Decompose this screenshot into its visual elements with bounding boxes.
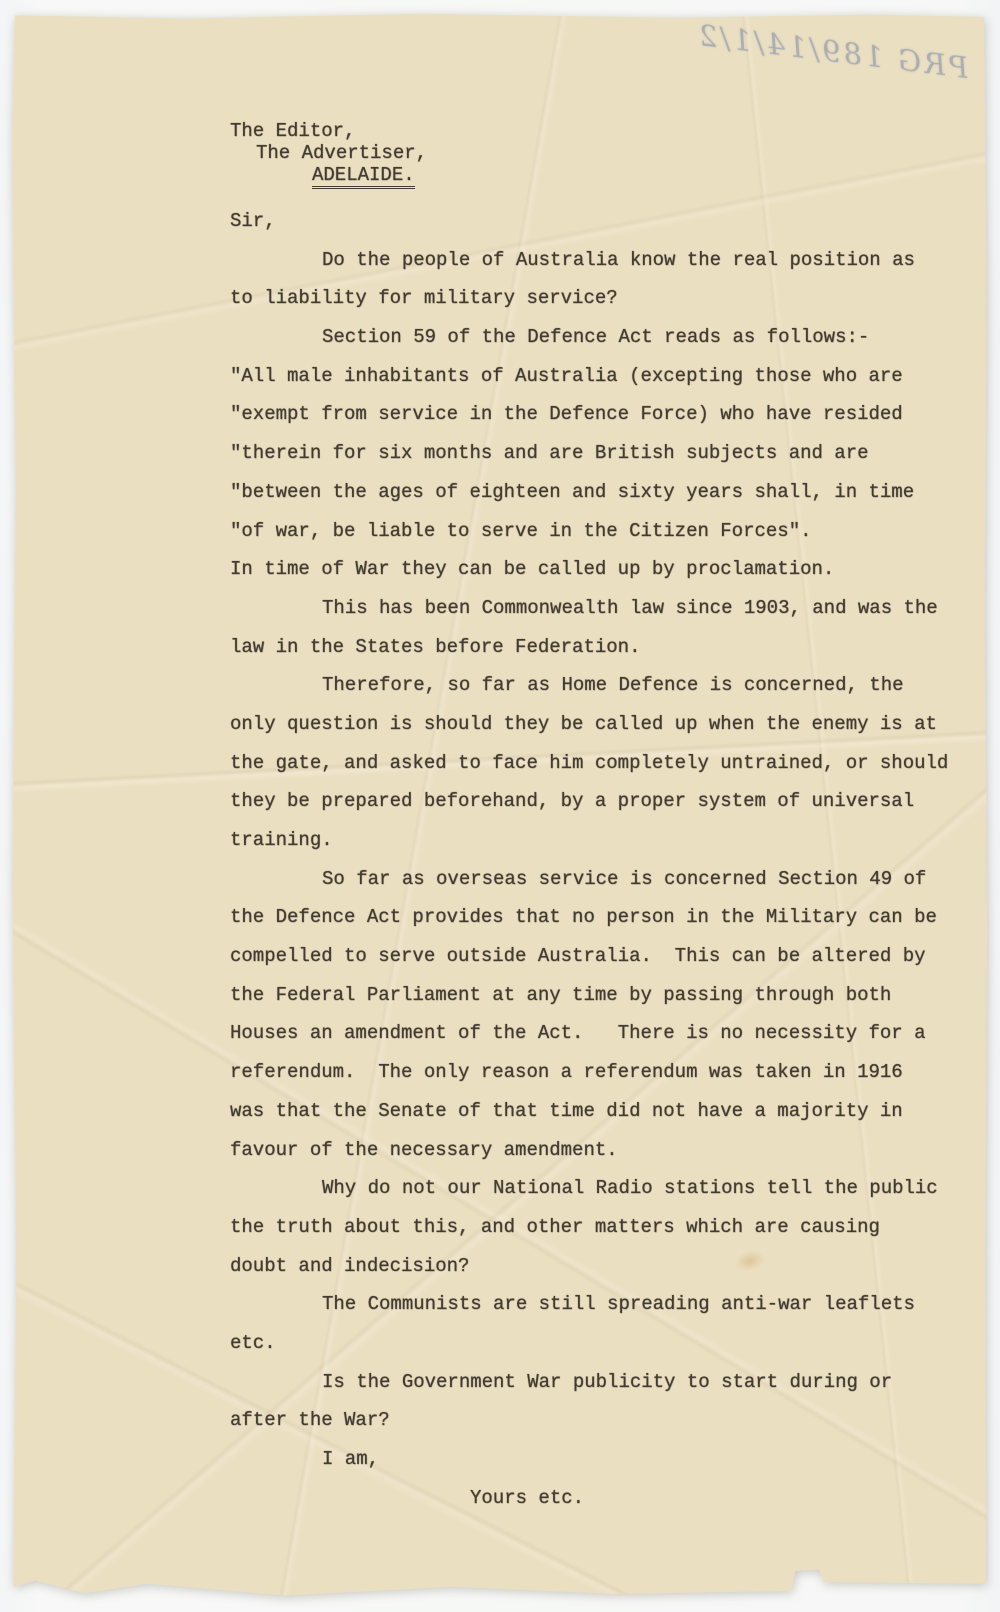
- letter-body: The Editor,The Advertiser,ADELAIDE.Sir,D…: [230, 120, 978, 1517]
- letter-line: law in the States before Federation.: [230, 628, 978, 667]
- letter-line: "of war, be liable to serve in the Citiz…: [230, 512, 978, 551]
- letter-line: ADELAIDE.: [230, 164, 978, 186]
- letter-line: the Defence Act provides that no person …: [230, 898, 978, 937]
- letter-line: Therefore, so far as Home Defence is con…: [230, 666, 978, 705]
- letter-line: "between the ages of eighteen and sixty …: [230, 473, 978, 512]
- letter-paper-shadow: PRG 189/14/1/2 The Editor,The Advertiser…: [0, 0, 1000, 1612]
- letter-line: "All male inhabitants of Australia (exce…: [230, 357, 978, 396]
- letter-line: to liability for military service?: [230, 279, 978, 318]
- letter-line: This has been Commonwealth law since 190…: [230, 589, 978, 628]
- letter-line: the Federal Parliament at any time by pa…: [230, 976, 978, 1015]
- archival-reference-pencil: PRG 189/14/1/2: [738, 23, 970, 85]
- letter-line: was that the Senate of that time did not…: [230, 1092, 978, 1131]
- scan-background: PRG 189/14/1/2 The Editor,The Advertiser…: [0, 0, 1000, 1612]
- letter-line: favour of the necessary amendment.: [230, 1131, 978, 1170]
- letter-line: Why do not our National Radio stations t…: [230, 1169, 978, 1208]
- letter-line: Do the people of Australia know the real…: [230, 241, 978, 280]
- letter-line: etc.: [230, 1324, 978, 1363]
- letter-line: training.: [230, 821, 978, 860]
- letter-line: they be prepared beforehand, by a proper…: [230, 782, 978, 821]
- letter-line: The Advertiser,: [230, 142, 978, 164]
- letter-line: In time of War they can be called up by …: [230, 550, 978, 589]
- letter-line: compelled to serve outside Australia. Th…: [230, 937, 978, 976]
- letter-line: The Editor,: [230, 120, 978, 142]
- letter-line: only question is should they be called u…: [230, 705, 978, 744]
- letter-line: Houses an amendment of the Act. There is…: [230, 1014, 978, 1053]
- letter-line: "exempt from service in the Defence Forc…: [230, 395, 978, 434]
- letter-line: the truth about this, and other matters …: [230, 1208, 978, 1247]
- letter-line: I am,: [230, 1440, 978, 1479]
- letter-line: Sir,: [230, 202, 978, 241]
- letter-line: the gate, and asked to face him complete…: [230, 744, 978, 783]
- letter-line: doubt and indecision?: [230, 1247, 978, 1286]
- letter-paper: PRG 189/14/1/2 The Editor,The Advertiser…: [11, 13, 989, 1598]
- letter-line: "therein for six months and are British …: [230, 434, 978, 473]
- letter-line: after the War?: [230, 1401, 978, 1440]
- letter-line: The Communists are still spreading anti-…: [230, 1285, 978, 1324]
- underlined-text: ADELAIDE.: [312, 164, 415, 189]
- letter-line: Section 59 of the Defence Act reads as f…: [230, 318, 978, 357]
- letter-line: Is the Government War publicity to start…: [230, 1363, 978, 1402]
- letter-line: referendum. The only reason a referendum…: [230, 1053, 978, 1092]
- letter-line: So far as overseas service is concerned …: [230, 860, 978, 899]
- letter-line: Yours etc.: [230, 1479, 978, 1518]
